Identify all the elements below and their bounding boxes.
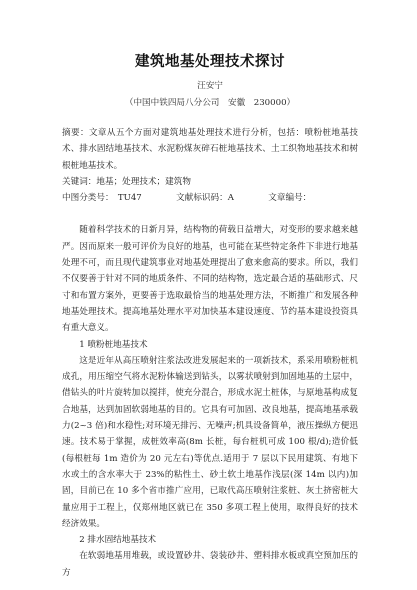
body-blocks: 随着科学技术的日新月异，结构物的荷载日益增大，对变形的要求越来越严。因而原来一般… [62,222,358,581]
paragraph: 在软弱地基用堆载，或设置砂井、袋装砂井、塑料排水板或真空预加压的方 [62,548,358,581]
author-affiliation: （中国中铁四局八分公司 安徽 230000） [62,96,358,108]
section-heading: 1 喷粉桩地基技术 [62,337,358,353]
paragraph: 这是近年从高压喷射注浆法改进发展起来的一项新技术，系采用喷粉桩机成孔，用压缩空气… [62,353,358,532]
keywords-text: 关键词：地基；处理技术；建筑物 [62,174,358,190]
document-page: 建筑地基处理技术探讨 汪安宁 （中国中铁四局八分公司 安徽 230000） 摘要… [0,0,417,590]
meta-block: 摘要：文章从五个方面对建筑地基处理技术进行分析，包括：喷粉桩地基技术、排水固结地… [62,125,358,206]
page-title: 建筑地基处理技术探讨 [62,50,358,71]
classification-text: 中图分类号： TU47 文献标识码：A 文章编号： [62,190,358,206]
abstract-text: 摘要：文章从五个方面对建筑地基处理技术进行分析，包括：喷粉桩地基技术、排水固结地… [62,125,358,174]
author-name: 汪安宁 [62,79,358,91]
paragraph: 随着科学技术的日新月异，结构物的荷载日益增大，对变形的要求越来越严。因而原来一般… [62,222,358,336]
section-heading: 2 排水固结地基技术 [62,532,358,548]
